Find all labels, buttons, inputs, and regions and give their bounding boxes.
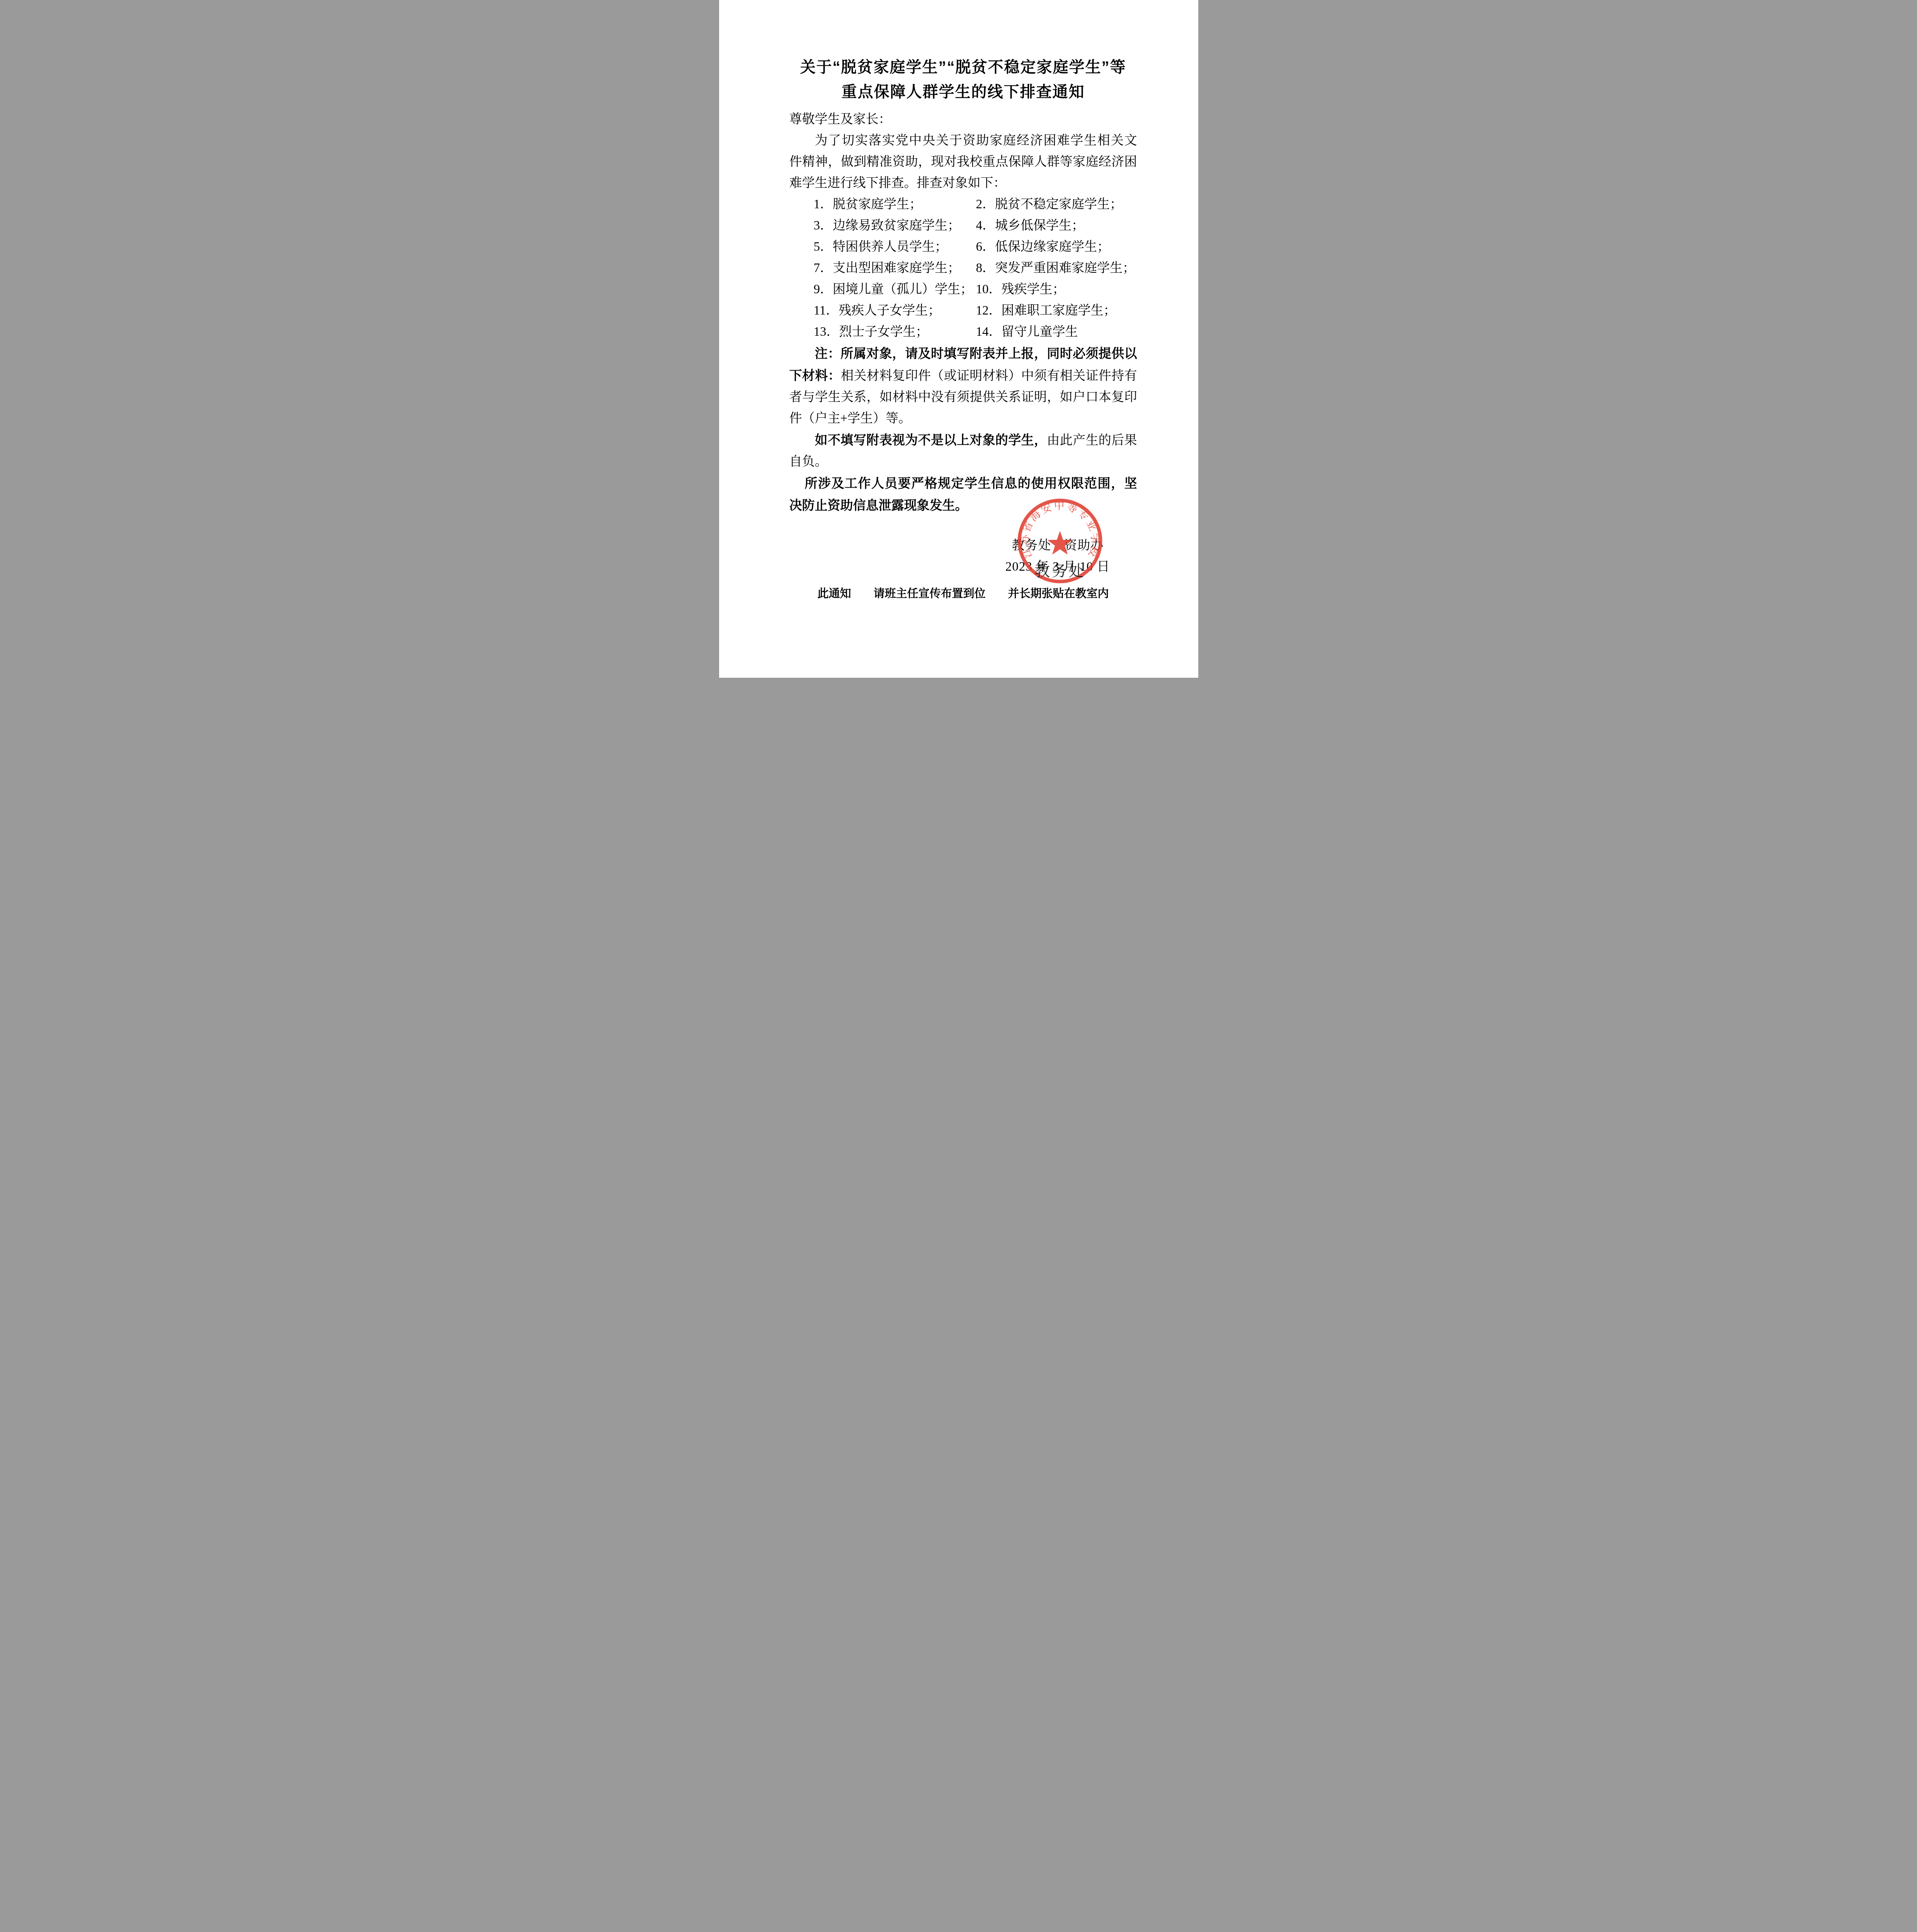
list-item: 5．特困供养人员学生； bbox=[814, 236, 976, 258]
warning-paragraph: 如不填写附表视为不是以上对象的学生，由此产生的后果 自负。 bbox=[789, 429, 1137, 473]
list-row: 13．烈士子女学生； 14．留守儿童学生 bbox=[789, 321, 1137, 343]
footer-notice: 此通知 请班主任宣传布置到位 并长期张贴在教室内 bbox=[789, 583, 1137, 605]
privacy-line: 所涉及工作人员要严格规定学生信息的使用权限范围，坚 bbox=[789, 473, 1137, 495]
stamp-bottom-text: 教务处 bbox=[1034, 562, 1085, 580]
note-bold-text: 下材料： bbox=[789, 368, 841, 383]
list-item: 13．烈士子女学生； bbox=[814, 321, 976, 343]
list-item: 3．边缘易致贫家庭学生； bbox=[814, 215, 976, 236]
warning-line: 如不填写附表视为不是以上对象的学生，由此产生的后果 bbox=[789, 429, 1137, 451]
note-line: 注：所属对象，请及时填写附表并上报，同时必须提供以 bbox=[789, 343, 1137, 365]
title-line-1: 关于“脱贫家庭学生”“脱贫不稳定家庭学生”等 bbox=[789, 55, 1137, 80]
note-regular-text: 相关材料复印件（或证明材料）中须有相关证件持有 bbox=[841, 369, 1137, 383]
privacy-bold-text: 所涉及工作人员要严格规定学生信息的使用权限范围，坚 bbox=[805, 476, 1137, 490]
intro-paragraph: 为了切实落实党中央关于资助家庭经济困难学生相关文 件精神，做到精准资助，现对我校… bbox=[789, 130, 1137, 194]
warning-bold-text: 如不填写附表视为不是以上对象的学生， bbox=[815, 433, 1047, 447]
intro-line: 难学生进行线下排查。排查对象如下： bbox=[789, 173, 1137, 194]
list-row: 7．支出型困难家庭学生； 8．突发严重困难家庭学生； bbox=[789, 258, 1137, 279]
greeting: 尊敬学生及家长： bbox=[789, 109, 1137, 130]
list-item: 2．脱贫不稳定家庭学生； bbox=[976, 194, 1137, 215]
screening-target-list: 1．脱贫家庭学生； 2．脱贫不稳定家庭学生； 3．边缘易致贫家庭学生； 4．城乡… bbox=[789, 194, 1137, 343]
note-line: 件（户主+学生）等。 bbox=[789, 408, 1137, 429]
list-item: 10．残疾学生； bbox=[976, 279, 1137, 300]
list-item: 8．突发严重困难家庭学生； bbox=[976, 258, 1137, 279]
list-item: 9．困境儿童（孤儿）学生； bbox=[814, 279, 976, 300]
list-item: 7．支出型困难家庭学生； bbox=[814, 258, 976, 279]
list-item: 6．低保边缘家庭学生； bbox=[976, 236, 1137, 258]
intro-line: 为了切实落实党中央关于资助家庭经济困难学生相关文 bbox=[789, 130, 1137, 151]
list-item: 12．困难职工家庭学生； bbox=[976, 300, 1137, 321]
official-stamp: 江苏省海安中等专业学校 教务处 bbox=[1014, 495, 1106, 587]
list-row: 11．残疾人子女学生； 12．困难职工家庭学生； bbox=[789, 300, 1137, 321]
footer-text: 此通知 请班主任宣传布置到位 并长期张贴在教室内 bbox=[817, 588, 1109, 600]
title-line-2: 重点保障人群学生的线下排查通知 bbox=[789, 80, 1137, 104]
list-item: 1．脱贫家庭学生； bbox=[814, 194, 976, 215]
stamp-star-icon bbox=[1047, 531, 1072, 555]
list-row: 1．脱贫家庭学生； 2．脱贫不稳定家庭学生； bbox=[789, 194, 1137, 215]
stamp-arc-text: 江苏省海安中等专业学校 bbox=[1019, 500, 1101, 560]
warning-regular-text: 由此产生的后果 bbox=[1047, 434, 1137, 447]
list-row: 3．边缘易致贫家庭学生； 4．城乡低保学生； bbox=[789, 215, 1137, 236]
list-item: 14．留守儿童学生 bbox=[976, 321, 1137, 343]
page-title: 关于“脱贫家庭学生”“脱贫不稳定家庭学生”等 重点保障人群学生的线下排查通知 bbox=[789, 55, 1137, 104]
note-line: 下材料：相关材料复印件（或证明材料）中须有相关证件持有 bbox=[789, 365, 1137, 387]
note-bold-text: 注：所属对象，请及时填写附表并上报，同时必须提供以 bbox=[815, 346, 1137, 361]
notice-document: 关于“脱贫家庭学生”“脱贫不稳定家庭学生”等 重点保障人群学生的线下排查通知 尊… bbox=[719, 0, 1198, 678]
warning-line: 自负。 bbox=[789, 451, 1137, 473]
intro-line: 件精神，做到精准资助，现对我校重点保障人群等家庭经济困 bbox=[789, 151, 1137, 173]
list-row: 9．困境儿童（孤儿）学生； 10．残疾学生； bbox=[789, 279, 1137, 300]
list-row: 5．特困供养人员学生； 6．低保边缘家庭学生； bbox=[789, 236, 1137, 258]
privacy-bold-text: 决防止资助信息泄露现象发生。 bbox=[789, 498, 968, 512]
list-item: 4．城乡低保学生； bbox=[976, 215, 1137, 236]
note-paragraph: 注：所属对象，请及时填写附表并上报，同时必须提供以 下材料：相关材料复印件（或证… bbox=[789, 343, 1137, 429]
note-line: 者与学生关系，如材料中没有须提供关系证明，如户口本复印 bbox=[789, 387, 1137, 408]
list-item: 11．残疾人子女学生； bbox=[814, 300, 976, 321]
